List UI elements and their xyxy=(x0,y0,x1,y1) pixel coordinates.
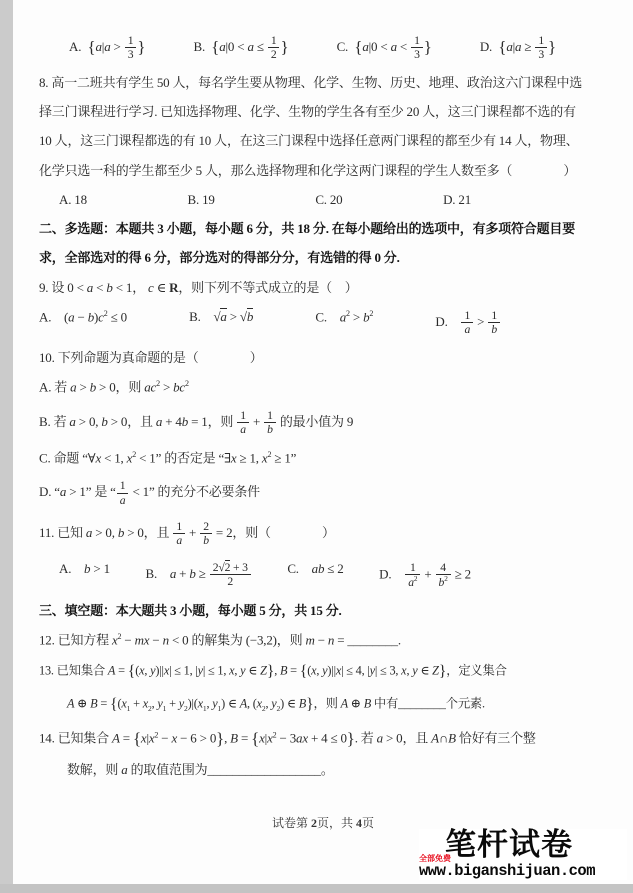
q9-option-c: C. a2 > b2 xyxy=(315,309,373,337)
q8-stem-line-1: 8. 高一二班共有学生 50 人，每名学生要从物理、化学、生物、历史、地理、政治… xyxy=(39,75,611,91)
q7-option-a: A. {a|a > 13} xyxy=(69,34,145,62)
page-bottom-margin xyxy=(0,884,633,893)
watermark-url: www.biganshijuan.com xyxy=(419,862,595,880)
q8-option-b: B. 19 xyxy=(188,192,215,208)
q8-stem-line-4: 化学只选一科的学生都至少 5 人，那么选择物理和化学这两门课程的学生人数至多（ … xyxy=(39,163,611,179)
q9-stem: 9. 设 0 < a < b < 1， c ∈ R，则下列不等式成立的是（ ） xyxy=(39,280,611,296)
q11-option-d: D. 1a2 + 4b2 ≥ 2 xyxy=(379,561,471,590)
section3-header: 三、填空题：本大题共 3 小题，每小题 5 分，共 15 分. xyxy=(39,603,611,619)
q7-option-c: C. {a|0 < a < 13} xyxy=(337,34,432,62)
q9-option-b: B. √a > √b xyxy=(189,309,253,337)
section2-header-line-1: 二、多选题：本题共 3 小题，每小题 6 分，共 18 分. 在每小题给出的选项… xyxy=(39,221,611,237)
q13-stem-line-1: 13. 已知集合 A = {(x, y)||x| ≤ 1, |y| ≤ 1, x… xyxy=(39,662,611,682)
q11-options-row: A. b > 1 B. a + b ≥ 2√2 + 32 C. ab ≤ 2 D… xyxy=(39,561,611,590)
q10-option-d: D. “a > 1” 是 “1a < 1” 的充分不必要条件 xyxy=(39,479,611,507)
q8-stem-line-3: 10 人，这三门课程都选的有 10 人，在这三门课程中选择任意两门课程的都至少有… xyxy=(39,133,611,149)
exam-content: A. {a|a > 13} B. {a|0 < a ≤ 12} C. {a|0 … xyxy=(13,0,633,791)
watermark-url-row: 全部免费 www.biganshijuan.com xyxy=(419,860,627,880)
q10-option-b: B. 若 a > 0, b > 0，且 a + 4b = 1，则 1a + 1b… xyxy=(39,409,611,437)
q10-option-c: C. 命题 “∀x < 1, x2 < 1” 的否定是 “∃x ≥ 1, x2 … xyxy=(39,450,611,467)
q13-stem-line-2: A ⊕ B = {(x1 + x2, y1 + y2)|(x1, y1) ∈ A… xyxy=(39,695,611,715)
q11-option-c: C. ab ≤ 2 xyxy=(287,561,343,590)
q8-option-a: A. 18 xyxy=(59,192,87,208)
watermark-free-badge: 全部免费 xyxy=(419,853,451,864)
q11-option-b: B. a + b ≥ 2√2 + 32 xyxy=(145,561,251,590)
page-left-margin xyxy=(0,0,13,893)
q11-option-a: A. b > 1 xyxy=(59,561,110,590)
q14-stem-line-1: 14. 已知集合 A = {x|x2 − x − 6 > 0}, B = {x|… xyxy=(39,728,611,749)
q12-stem: 12. 已知方程 x2 − mx − n < 0 的解集为 (−3,2)，则 m… xyxy=(39,632,611,649)
q7-options-row: A. {a|a > 13} B. {a|0 < a ≤ 12} C. {a|0 … xyxy=(39,34,611,62)
q8-option-d: D. 21 xyxy=(443,192,471,208)
section2-header-line-2: 求，全部选对的得 6 分，部分选对的得部分分，有选错的得 0 分. xyxy=(39,250,611,266)
q10-option-a: A. 若 a > b > 0，则 ac2 > bc2 xyxy=(39,379,611,396)
q11-stem: 11. 已知 a > 0, b > 0，且 1a + 2b = 2，则（ ） xyxy=(39,520,611,548)
q10-stem: 10. 下列命题为真命题的是（ ） xyxy=(39,350,611,366)
q9-options-row: A. (a − b)c2 ≤ 0 B. √a > √b C. a2 > b2 D… xyxy=(39,309,611,337)
q9-option-a: A. (a − b)c2 ≤ 0 xyxy=(39,309,127,337)
q9-option-d: D. 1a > 1b xyxy=(435,309,501,337)
q8-option-c: C. 20 xyxy=(315,192,342,208)
q7-option-d: D. {a|a ≥ 13} xyxy=(480,34,556,62)
q14-stem-line-2: 数解，则 a 的取值范围为__________________。 xyxy=(39,762,611,778)
biganshijuan-watermark: 笔杆试卷 全部免费 www.biganshijuan.com xyxy=(419,829,627,880)
q8-options-row: A. 18 B. 19 C. 20 D. 21 xyxy=(39,192,611,208)
q8-stem-line-2: 择三门课程进行学习. 已知选择物理、化学、生物的学生各有至少 20 人，这三门课… xyxy=(39,104,611,120)
q7-option-b: B. {a|0 < a ≤ 12} xyxy=(193,34,288,62)
exam-page: A. {a|a > 13} B. {a|0 < a ≤ 12} C. {a|0 … xyxy=(0,0,633,893)
